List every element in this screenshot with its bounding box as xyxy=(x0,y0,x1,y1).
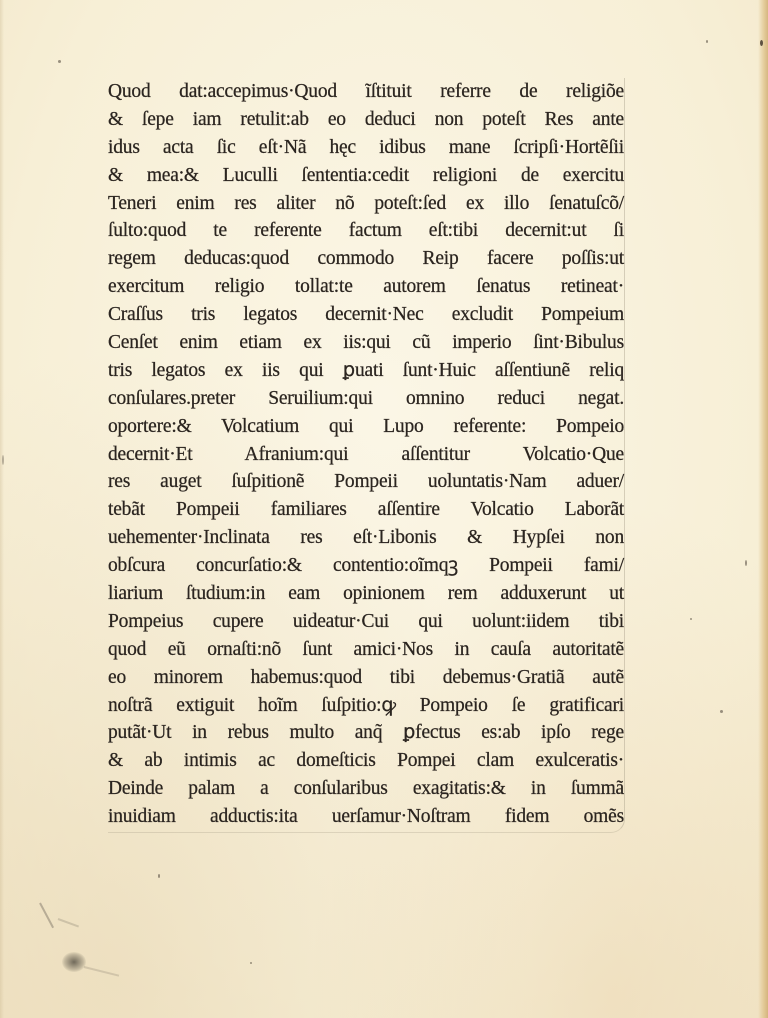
paper-speck xyxy=(250,962,252,964)
paper-streak xyxy=(84,966,119,977)
text-line-12: conſulares.preter Seruilium:qui omnino r… xyxy=(108,385,624,413)
text-line-1: Quod dat:accepimus·Quod ĩſtituit referre… xyxy=(108,78,624,106)
text-line-5: Teneri enim res aliter nõ poteſt:ſed ex … xyxy=(108,190,624,218)
text-line-22: eo minorem habemus:quod tibi debemus·Gra… xyxy=(108,664,624,692)
text-line-13: oportere:& Volcatium qui Lupo referente:… xyxy=(108,413,624,441)
text-line-17: uehementer·Inclinata res eſt·Libonis & H… xyxy=(108,524,624,552)
paper-speck xyxy=(760,40,763,46)
text-line-10: Cenſet enim etiam ex iis:qui cũ imperio … xyxy=(108,329,624,357)
text-line-2: & ſepe iam retulit:ab eo deduci non pote… xyxy=(108,106,624,134)
text-line-14: decernit·Et Afranium:qui aſſentitur Volc… xyxy=(108,441,624,469)
paper-speck xyxy=(745,560,747,566)
page-edge-stain xyxy=(758,0,768,1018)
text-line-7: regem deducas:quod commodo Reip facere p… xyxy=(108,245,624,273)
text-line-11: tris legatos ex iis qui ꝑuati ſunt·Huic … xyxy=(108,357,624,385)
text-line-20: Pompeius cupere uideatur·Cui qui uolunt:… xyxy=(108,608,624,636)
text-line-15: res auget ſuſpitionẽ Pompeii uoluntatis·… xyxy=(108,468,624,496)
printed-text-block: Quod dat:accepimus·Quod ĩſtituit referre… xyxy=(108,78,625,833)
paper-speck xyxy=(58,60,61,63)
paper-speck xyxy=(158,874,160,878)
text-line-3: idus acta ſic eſt·Nã hęc idibus mane ſcr… xyxy=(108,134,624,162)
text-line-26: Deinde palam a conſularibus exagitatis:&… xyxy=(108,775,624,803)
text-line-24: putãt·Ut in rebus multo anq̃ ꝑfectus es:… xyxy=(108,719,624,747)
text-line-27: inuidiam adductis:ita uerſamur·Noſtram f… xyxy=(108,803,624,831)
paper-speck xyxy=(706,40,708,43)
text-line-23: noſtrã extiguit hoĩm ſuſpitio:ꝙ Pompeio … xyxy=(108,692,624,720)
paper-streak xyxy=(39,903,54,929)
paper-streak xyxy=(58,918,79,927)
text-line-19: liarium ſtudium:in eam opinionem rem add… xyxy=(108,580,624,608)
text-line-9: Craſſus tris legatos decernit·Nec exclud… xyxy=(108,301,624,329)
paper-speck xyxy=(720,710,723,713)
paper-speck xyxy=(690,618,692,620)
text-line-8: exercitum religio tollat:te autorem ſena… xyxy=(108,273,624,301)
text-line-6: ſulto:quod te referente factum eſt:tibi … xyxy=(108,217,624,245)
text-line-4: & mea:& Luculli ſententia:cedit religion… xyxy=(108,162,624,190)
page-edge-left-shadow xyxy=(0,0,4,1018)
text-line-21: quod eũ ornaſti:nõ ſunt amici·Nos in cau… xyxy=(108,636,624,664)
text-line-18: obſcura concurſatio:& contentio:oĩmqꝫ Po… xyxy=(108,552,624,580)
paper-speck xyxy=(2,455,4,465)
text-line-25: & ab intimis ac domeſticis Pompei clam e… xyxy=(108,747,624,775)
ink-smudge xyxy=(62,952,86,972)
text-line-16: tebãt Pompeii familiares aſſentire Volca… xyxy=(108,496,624,524)
